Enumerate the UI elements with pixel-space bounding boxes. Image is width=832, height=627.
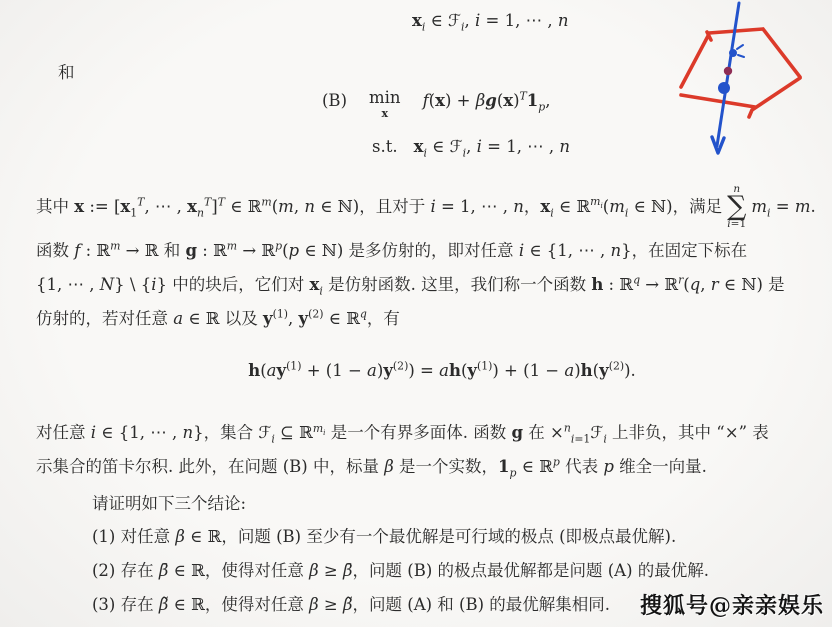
sum-operator: n ∑ i=1 (727, 184, 746, 229)
min-operator: min x (369, 90, 401, 119)
paragraph1-line1-post: mi = m. (751, 196, 815, 218)
upper-point-dot (729, 49, 737, 57)
lower-point-dot (718, 82, 730, 94)
upper-point-star-arm-2 (738, 55, 744, 57)
conclusion-item-3: (3) 存在 β̃ ∈ ℝ，使得对任意 β ≥ β̃，问题 (A) 和 (B) … (92, 594, 610, 616)
paragraph1-line1: 其中 x := [x1T, ⋯ , xnT]T ∈ ℝm(m, n ∈ ℕ)，且… (36, 184, 816, 229)
paragraph1-line3: {1, ⋯ , N} \ {i} 中的块后，它们对 xi 是仿射函数. 这里，我… (36, 274, 785, 296)
document-page: { "page": { "background": "#f7f6f4", "te… (0, 0, 832, 627)
sum-lower-limit: i=1 (727, 219, 746, 230)
conclusion-item-2: (2) 存在 β̄ ∈ ℝ，使得对任意 β ≥ β̄，问题 (B) 的极点最优解… (92, 560, 709, 582)
equation-subject-to: s.t. xi ∈ ℱi, i = 1, ⋯ , n (372, 136, 570, 158)
problem-b-tag: (B) (322, 90, 347, 112)
equation-top-constraint: xi ∈ ℱi, i = 1, ⋯ , n (412, 10, 568, 32)
polygon-left-edge (681, 36, 708, 87)
sum-symbol: ∑ (727, 195, 746, 219)
paragraph2-line1: 对任意 i ∈ {1, ⋯ , n}，集合 ℱi ⊆ ℝmi 是一个有界多面体.… (36, 422, 769, 444)
upper-point-star-arm-1 (737, 45, 743, 49)
paragraph1-line2: 函数 f : ℝm → ℝ 和 g : ℝm → ℝp(p ∈ ℕ) 是多仿射的… (36, 240, 747, 262)
paragraph2-line2: 示集合的笛卡尔积. 此外，在问题 (B) 中，标量 β 是一个实数，1p ∈ ℝ… (36, 456, 707, 478)
middle-point-dot (724, 67, 732, 75)
equation-affine-identity: h(ay(1) + (1 − a)y(2)) = ah(y(1)) + (1 −… (52, 360, 832, 382)
conclusions-intro: 请证明如下三个结论: (92, 493, 246, 515)
min-subscript: x (382, 108, 389, 119)
polygon-bottom-edge (681, 95, 755, 107)
connector-and: 和 (58, 62, 75, 84)
conclusion-item-1: (1) 对任意 β ∈ ℝ，问题 (B) 至少有一个最优解是可行域的极点 (即极… (92, 526, 676, 548)
min-label: min (369, 90, 401, 107)
sohu-watermark: 搜狐号@亲亲娱乐 (640, 592, 824, 622)
st-expression: xi ∈ ℱi, i = 1, ⋯ , n (414, 136, 570, 158)
problem-b-objective: f(x) + βg(x)T1p, (423, 90, 551, 112)
paragraph1-line4: 仿射的，若对任意 a ∈ ℝ 以及 y(1), y(2) ∈ ℝq，有 (36, 308, 400, 330)
st-label: s.t. (372, 136, 398, 158)
paragraph1-line1-pre: 其中 x := [x1T, ⋯ , xnT]T ∈ ℝm(m, n ∈ ℕ)，且… (36, 196, 722, 218)
polygon-arrow-sketch (650, 0, 832, 165)
equation-problem-b: (B) min x f(x) + βg(x)T1p, (322, 90, 551, 119)
polygon-top-right-edges (709, 29, 800, 77)
polygon-lower-right-edge (749, 78, 800, 117)
